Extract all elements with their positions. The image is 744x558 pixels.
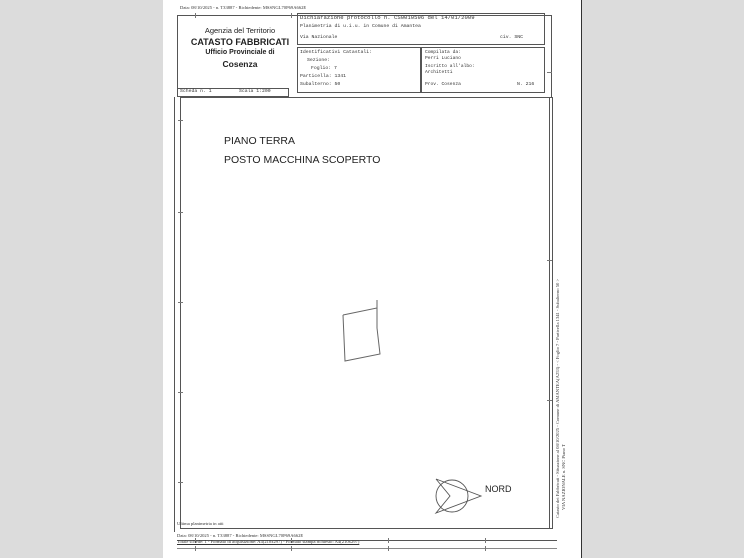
scale: Scala 1:200 xyxy=(239,89,271,94)
last-plan-note: Ultima planimetria in atti xyxy=(177,521,224,526)
sheet-number: Scheda n. 1 xyxy=(180,89,212,94)
agency-city: Cosenza xyxy=(185,59,295,69)
agency-department: CATASTO FABBRICATI xyxy=(185,37,295,47)
parking-space-outline xyxy=(333,298,388,368)
frame-left-outer xyxy=(174,97,175,532)
registered-label: Iscritto all'albo: xyxy=(425,64,475,69)
foglio: Foglio: 7 xyxy=(311,66,337,71)
north-arrow-icon xyxy=(431,476,491,516)
frame-right-header xyxy=(551,15,552,97)
subalterno: Subalterno: 50 xyxy=(300,82,340,87)
protocol-number: Dichiarazione protocollo n. CS0010596 de… xyxy=(300,14,475,21)
particella: Particella: 1341 xyxy=(300,74,346,79)
identifiers-title: Identificativi Catastali: xyxy=(300,50,372,55)
street-address: Via Nazionale xyxy=(300,35,337,40)
footer-sheets-info: Totale schede: 1 - Formato di acquisizio… xyxy=(177,539,359,544)
registration-number: N. 216 xyxy=(517,82,534,87)
planimetry-location: Planimetria di u.i.u. in Comune di Amant… xyxy=(300,24,421,29)
floor-label: PIANO TERRA xyxy=(224,135,295,147)
province: Prov. Cosenza xyxy=(425,82,461,87)
space-description: POSTO MACCHINA SCOPERTO xyxy=(224,154,380,166)
top-stamp: Data: 08/10/2025 - n. T33887 - Richieden… xyxy=(180,5,306,10)
footer-tick-line xyxy=(177,548,557,549)
north-label: NORD xyxy=(485,484,512,494)
frame-left-header xyxy=(177,15,178,97)
side-stamp: Catasto dei Fabbricati - Situazione al 0… xyxy=(555,228,567,518)
sezione: Sezione: xyxy=(307,58,330,63)
registered-value: Architetti xyxy=(425,70,453,75)
footer-stamp: Data: 08/10/2025 - n. T33887 - Richieden… xyxy=(177,533,303,538)
side-stamp-line2: VIA NAZIONALE n. SNC Piano T xyxy=(561,228,567,518)
civic-number: civ. SNC xyxy=(500,35,523,40)
cadastral-document-page: Data: 08/10/2025 - n. T33887 - Richieden… xyxy=(163,0,582,558)
compiler-label: Compilata da: xyxy=(425,50,461,55)
frame-right-inner xyxy=(549,97,550,529)
agency-name: Agenzia del Territorio xyxy=(185,26,295,35)
compiler-name: Perri Luciano xyxy=(425,56,461,61)
agency-office: Ufficio Provinciale di xyxy=(185,49,295,56)
